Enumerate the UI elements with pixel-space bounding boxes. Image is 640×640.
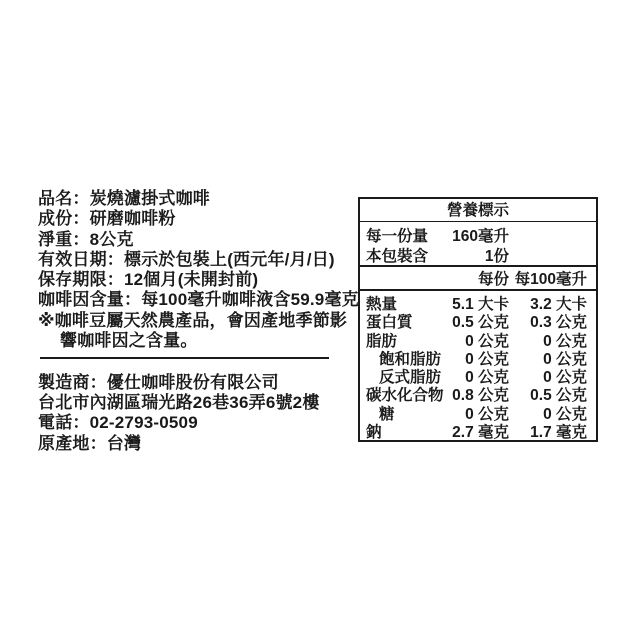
per-serving-column-header: 每份: [447, 267, 509, 289]
nutrition-row-energy: 熱量 5.1 大卡 3.2 大卡: [360, 292, 596, 310]
manufacturer-block: 製造商：優仕咖啡股份有限公司 台北市內湖區瑞光路26巷36弄6號2樓 電話：02…: [38, 373, 346, 454]
phone-line: 電話：02-2793-0509: [38, 413, 346, 433]
product-label: 品名：炭燒濾掛式咖啡 成份：研磨咖啡粉 淨重：8公克 有效日期：標示於包裝上(西…: [0, 0, 640, 640]
servings-value: 1份: [447, 244, 509, 266]
serving-info-section: 每一份量 160毫升 本包裝含 1份: [360, 222, 596, 267]
nutrition-row-trans-fat: 反式脂肪 0 公克 0 公克: [360, 365, 596, 383]
column-header-row: 每份 每100毫升: [360, 267, 596, 289]
origin-line: 原產地：台灣: [38, 434, 346, 454]
nutrition-row-sodium: 鈉 2.7 毫克 1.7 毫克: [360, 420, 596, 438]
nutrition-facts-table: 營養標示 每一份量 160毫升 本包裝含 1份 每份 每100毫升 熱量: [358, 197, 598, 442]
serving-size-row: 每一份量 160毫升: [360, 224, 596, 244]
per-100ml-column-header: 每100毫升: [509, 267, 587, 289]
address-line: 台北市內湖區瑞光路26巷36弄6號2樓: [38, 393, 346, 413]
caffeine-note-line-1: ※咖啡豆屬天然農產品，會因產地季節影: [38, 311, 346, 331]
servings-label: 本包裝含: [366, 244, 447, 266]
expiry-date-line: 有效日期：標示於包裝上(西元年/月/日): [38, 250, 346, 270]
column-header-section: 每份 每100毫升: [360, 267, 596, 291]
caffeine-content-line: 咖啡因含量：每100毫升咖啡液含59.9毫克: [38, 290, 346, 310]
manufacturer-line: 製造商：優仕咖啡股份有限公司: [38, 373, 346, 393]
section-divider: [40, 357, 329, 359]
nutrition-row-fat: 脂肪 0 公克 0 公克: [360, 329, 596, 347]
net-weight-line: 淨重：8公克: [38, 230, 346, 250]
nutrition-row-sugar: 糖 0 公克 0 公克: [360, 402, 596, 420]
caffeine-note-line-2: 響咖啡因之含量。: [38, 331, 346, 351]
nutrition-row-protein: 蛋白質 0.5 公克 0.3 公克: [360, 310, 596, 328]
ingredients-line: 成份：研磨咖啡粉: [38, 209, 346, 229]
nutrition-title: 營養標示: [360, 199, 596, 222]
nutrient-rows-section: 熱量 5.1 大卡 3.2 大卡 蛋白質 0.5 公克 0.3 公克 脂肪 0 …: [360, 291, 596, 440]
product-name-line: 品名：炭燒濾掛式咖啡: [38, 189, 346, 209]
shelf-life-line: 保存期限：12個月(未開封前): [38, 270, 346, 290]
nutrition-row-saturated-fat: 飽和脂肪 0 公克 0 公克: [360, 347, 596, 365]
product-info-block: 品名：炭燒濾掛式咖啡 成份：研磨咖啡粉 淨重：8公克 有效日期：標示於包裝上(西…: [38, 189, 346, 351]
servings-per-package-row: 本包裝含 1份: [360, 244, 596, 264]
nutrition-row-carbohydrate: 碳水化合物 0.8 公克 0.5 公克: [360, 383, 596, 401]
